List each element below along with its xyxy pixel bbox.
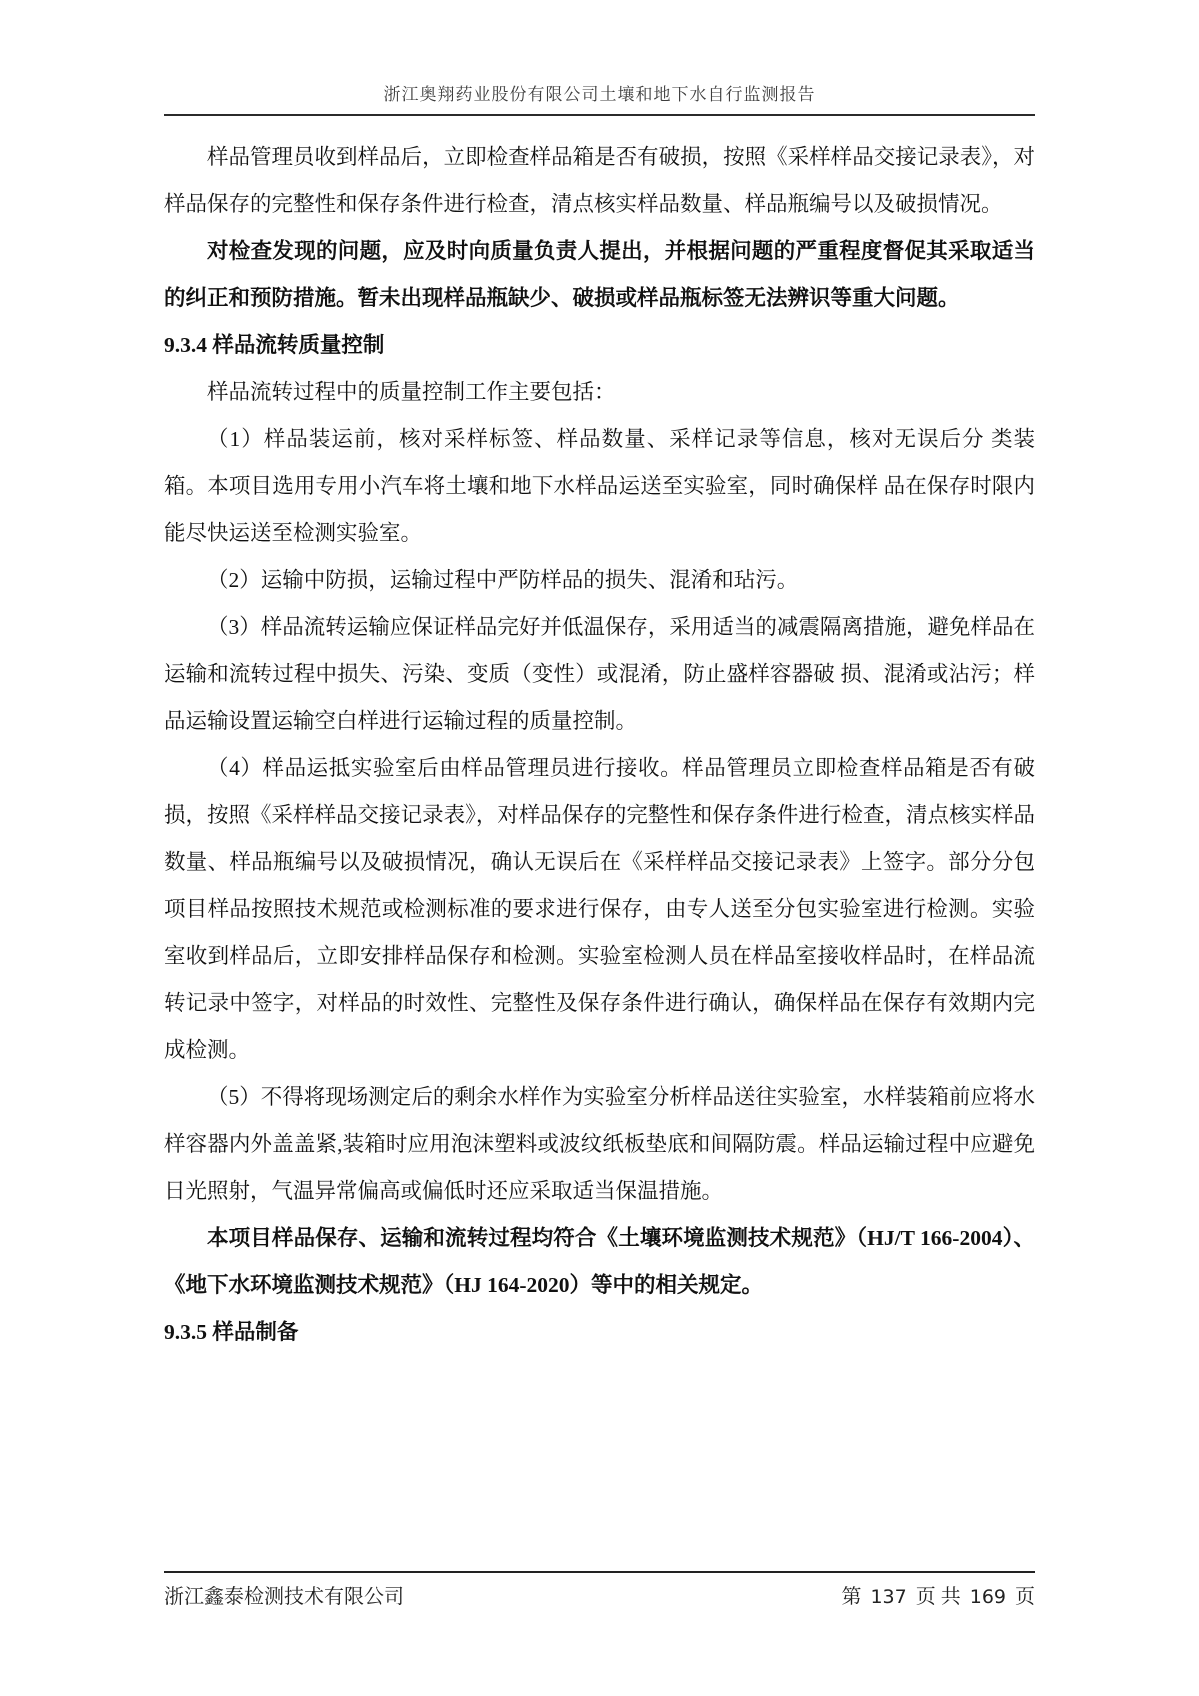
page-footer: 浙江鑫泰检测技术有限公司 第 137 页 共 169 页: [164, 1571, 1035, 1609]
document-page: 浙江奥翔药业股份有限公司土壤和地下水自行监测报告 样品管理员收到样品后，立即检查…: [0, 0, 1199, 1696]
paragraph-item-2: （2）运输中防损，运输过程中严防样品的损失、混淆和玷污。: [164, 557, 1035, 604]
page-label-middle: 页 共: [916, 1586, 961, 1608]
section-heading-9-3-4: 9.3.4 样品流转质量控制: [164, 322, 1035, 369]
page-header: 浙江奥翔药业股份有限公司土壤和地下水自行监测报告: [164, 80, 1035, 116]
page-number-total: 169: [966, 1586, 1010, 1608]
document-body: 样品管理员收到样品后，立即检查样品箱是否有破损，按照《采样样品交接记录表》，对样…: [164, 134, 1035, 1356]
paragraph-item-3: （3）样品流转运输应保证样品完好并低温保存，采用适当的减震隔离措施，避免样品在运…: [164, 604, 1035, 745]
paragraph-item-1: （1）样品装运前，核对采样标签、样品数量、采样记录等信息，核对无误后分 类装箱。…: [164, 416, 1035, 557]
report-title: 浙江奥翔药业股份有限公司土壤和地下水自行监测报告: [384, 85, 816, 104]
paragraph-problem-handling: 对检查发现的问题，应及时向质量负责人提出，并根据问题的严重程度督促其采取适当的纠…: [164, 228, 1035, 322]
section-heading-9-3-5: 9.3.5 样品制备: [164, 1309, 1035, 1356]
paragraph-item-4: （4）样品运抵实验室后由样品管理员进行接收。样品管理员立即检查样品箱是否有破损，…: [164, 745, 1035, 1074]
paragraph-compliance-statement: 本项目样品保存、运输和流转过程均符合《土壤环境监测技术规范》（HJ/T 166-…: [164, 1215, 1035, 1309]
footer-page-indicator: 第 137 页 共 169 页: [841, 1580, 1035, 1609]
page-label-suffix: 页: [1015, 1586, 1035, 1608]
footer-company-name: 浙江鑫泰检测技术有限公司: [164, 1580, 404, 1609]
paragraph-item-5: （5）不得将现场测定后的剩余水样作为实验室分析样品送往实验室，水样装箱前应将水样…: [164, 1074, 1035, 1215]
page-label-prefix: 第: [841, 1586, 861, 1608]
page-number-current: 137: [866, 1586, 910, 1608]
paragraph-sample-receive-check: 样品管理员收到样品后，立即检查样品箱是否有破损，按照《采样样品交接记录表》，对样…: [164, 134, 1035, 228]
paragraph-qc-intro: 样品流转过程中的质量控制工作主要包括：: [164, 369, 1035, 416]
